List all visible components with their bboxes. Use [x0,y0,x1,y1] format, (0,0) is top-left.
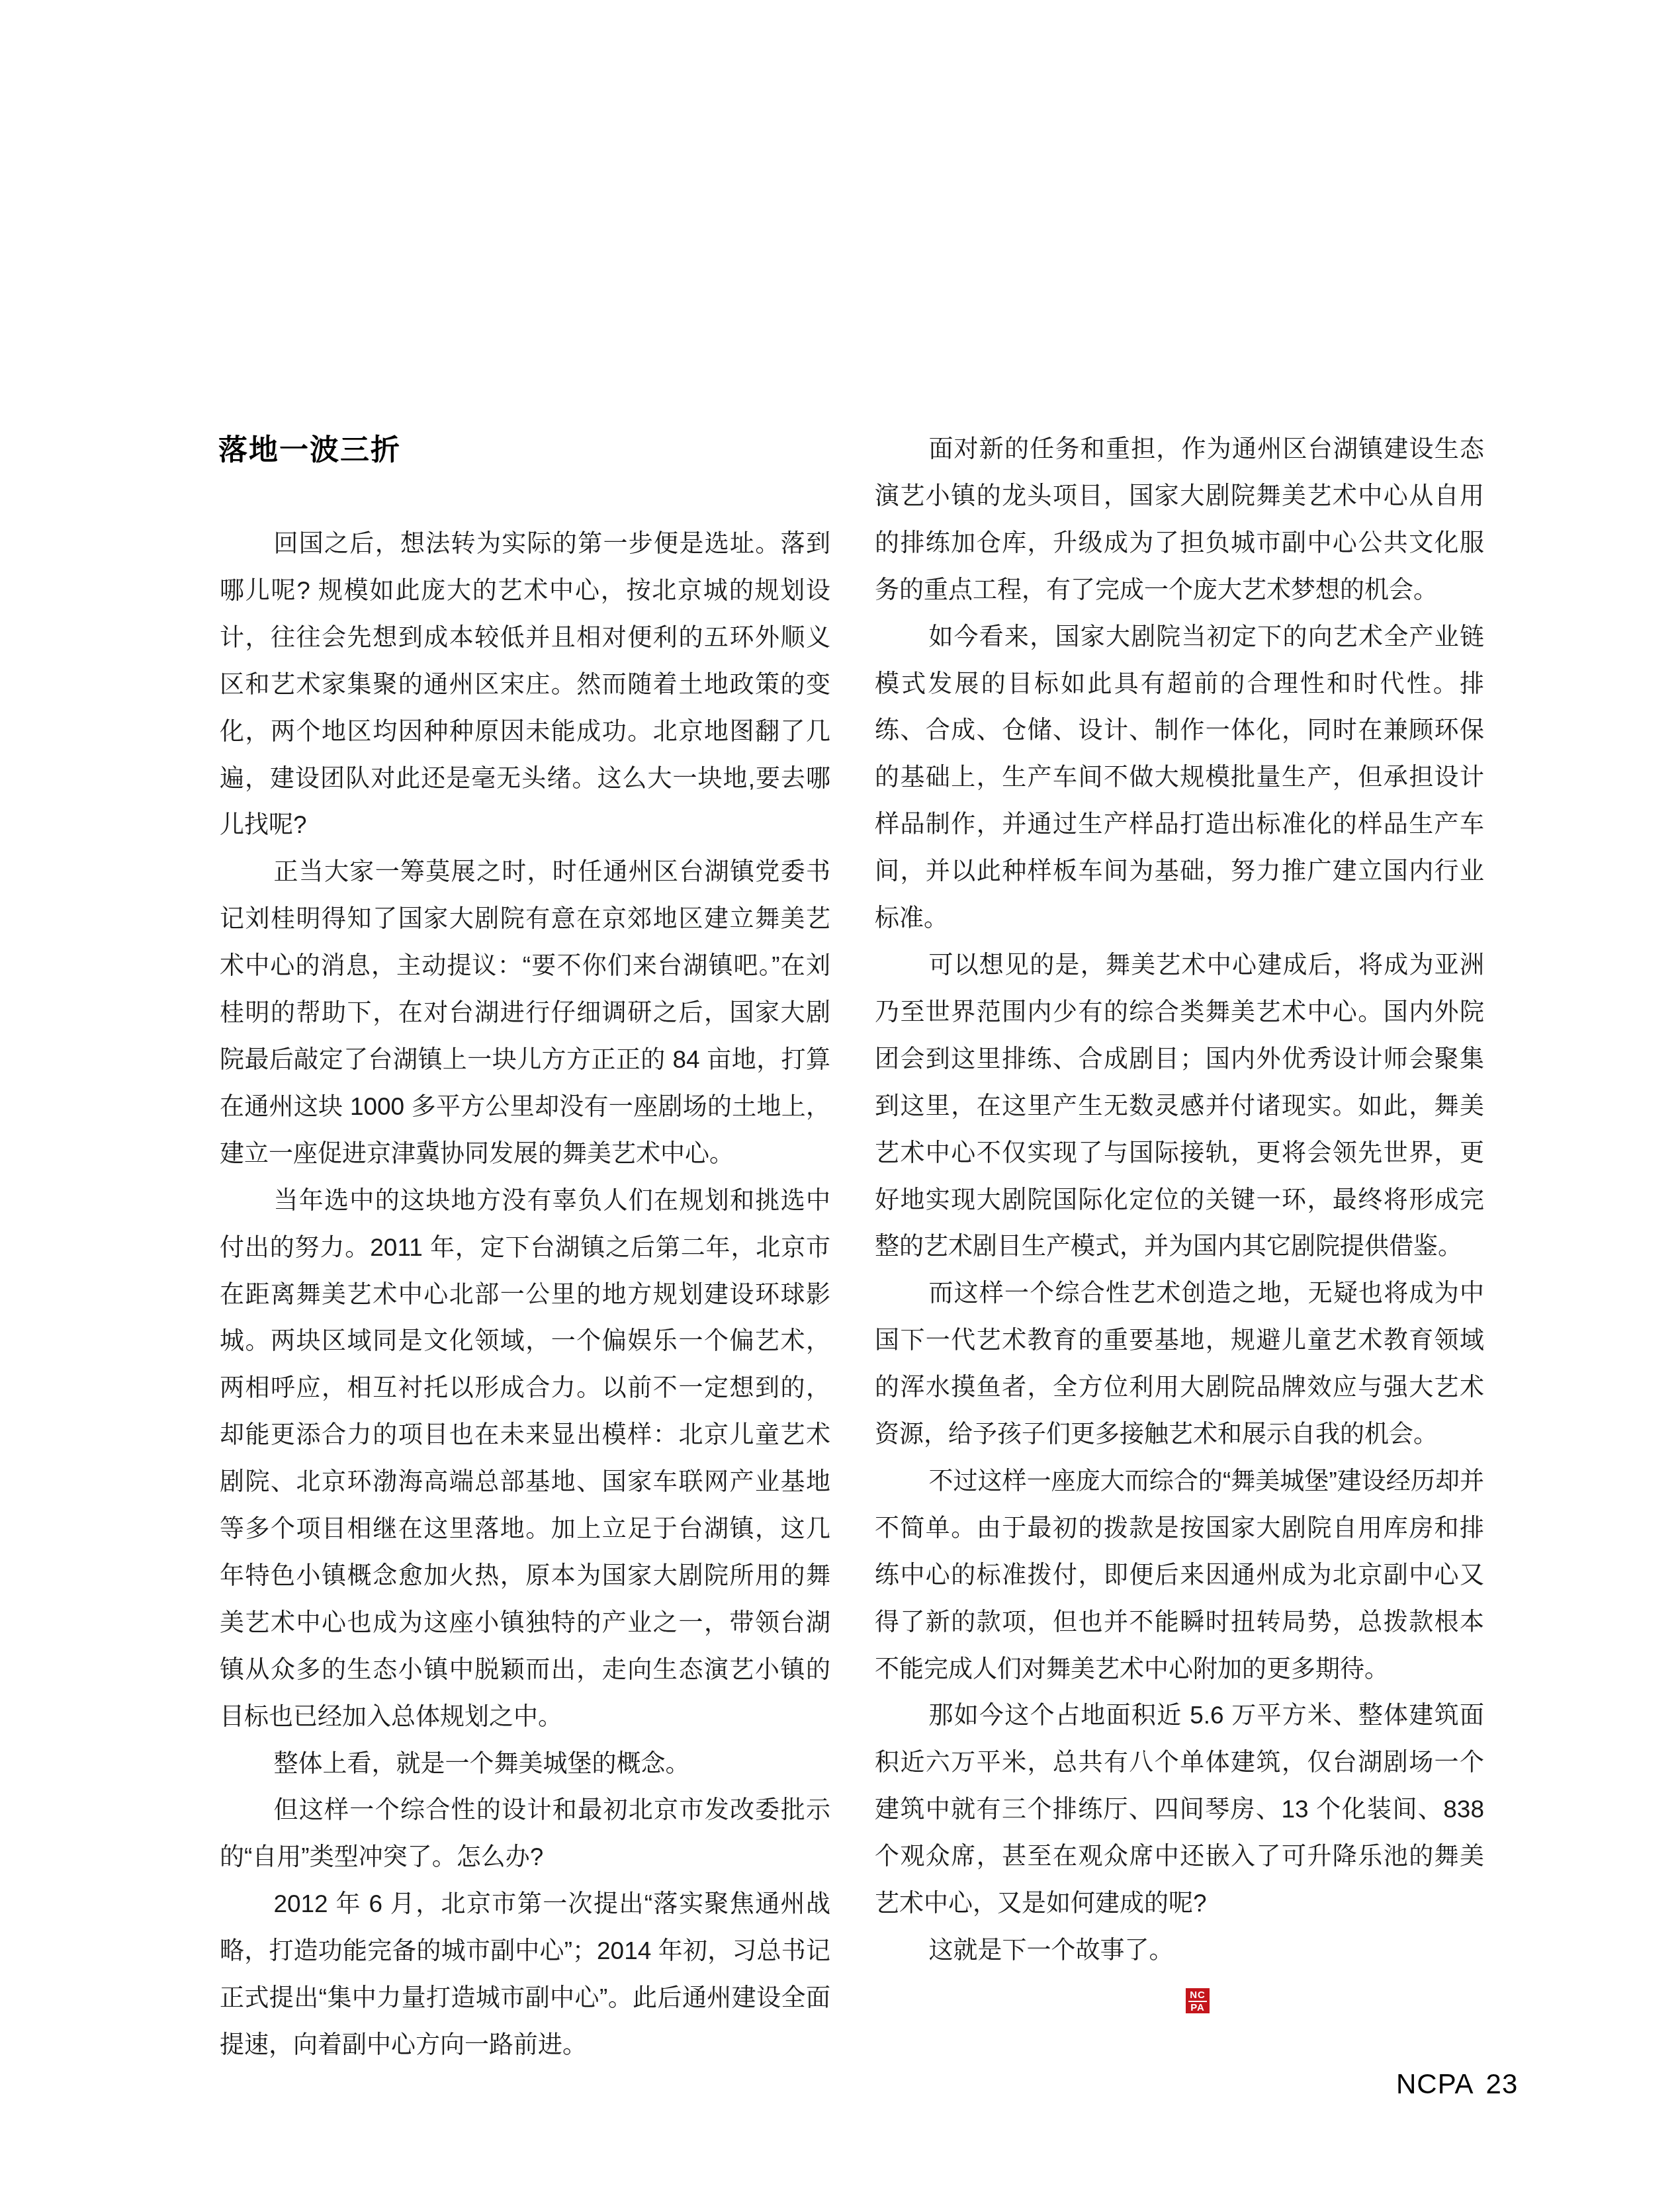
paragraph: 不过这样一座庞大而综合的“舞美城堡”建设经历却并不简单。由于最初的拨款是按国家大… [875,1458,1484,1693]
seal-line-pa: PA [1186,2002,1210,2013]
paragraph: 而这样一个综合性艺术创造之地，无疑也将成为中国下一代艺术教育的重要基地，规避儿童… [875,1270,1484,1458]
paragraph: 可以想见的是，舞美艺术中心建成后，将成为亚洲乃至世界范围内少有的综合类舞美艺术中… [875,942,1484,1270]
paragraph: 当年选中的这块地方没有辜负人们在规划和挑选中付出的努力。2011 年，定下台湖镇… [220,1178,830,1741]
article-right-column: 面对新的任务和重担，作为通州区台湖镇建设生态演艺小镇的龙头项目，国家大剧院舞美艺… [875,426,1484,1974]
paragraph: 那如今这个占地面积近 5.6 万平方米、整体建筑面积近六万平米，总共有八个单体建… [875,1692,1484,1927]
paragraph: 整体上看，就是一个舞美城堡的概念。 [220,1741,830,1788]
page-number: 23 [1486,2068,1519,2099]
page-footer: NCPA23 [1396,2068,1518,2100]
journal-name: NCPA [1396,2068,1474,2099]
paragraph: 如今看来，国家大剧院当初定下的向艺术全产业链模式发展的目标如此具有超前的合理性和… [875,614,1484,942]
ncpa-seal-icon: NC PA [1186,1988,1210,2013]
seal-line-nc: NC [1188,1990,1207,2002]
section-title: 落地一波三折 [218,434,401,467]
paragraph: 2012 年 6 月，北京市第一次提出“落实聚焦通州战略，打造功能完备的城市副中… [220,1881,830,2069]
article-left-column: 回国之后，想法转为实际的第一步便是选址。落到哪儿呢? 规模如此庞大的艺术中心，按… [220,521,830,2069]
paragraph: 正当大家一筹莫展之时，时任通州区台湖镇党委书记刘桂明得知了国家大剧院有意在京郊地… [220,849,830,1177]
paragraph: 回国之后，想法转为实际的第一步便是选址。落到哪儿呢? 规模如此庞大的艺术中心，按… [220,521,830,849]
magazine-page: 落地一波三折 回国之后，想法转为实际的第一步便是选址。落到哪儿呢? 规模如此庞大… [0,0,1680,2188]
paragraph: 但这样一个综合性的设计和最初北京市发改委批示的“自用”类型冲突了。怎么办? [220,1787,830,1881]
paragraph: 面对新的任务和重担，作为通州区台湖镇建设生态演艺小镇的龙头项目，国家大剧院舞美艺… [875,426,1484,614]
paragraph: 这就是下一个故事了。 [875,1927,1484,1974]
